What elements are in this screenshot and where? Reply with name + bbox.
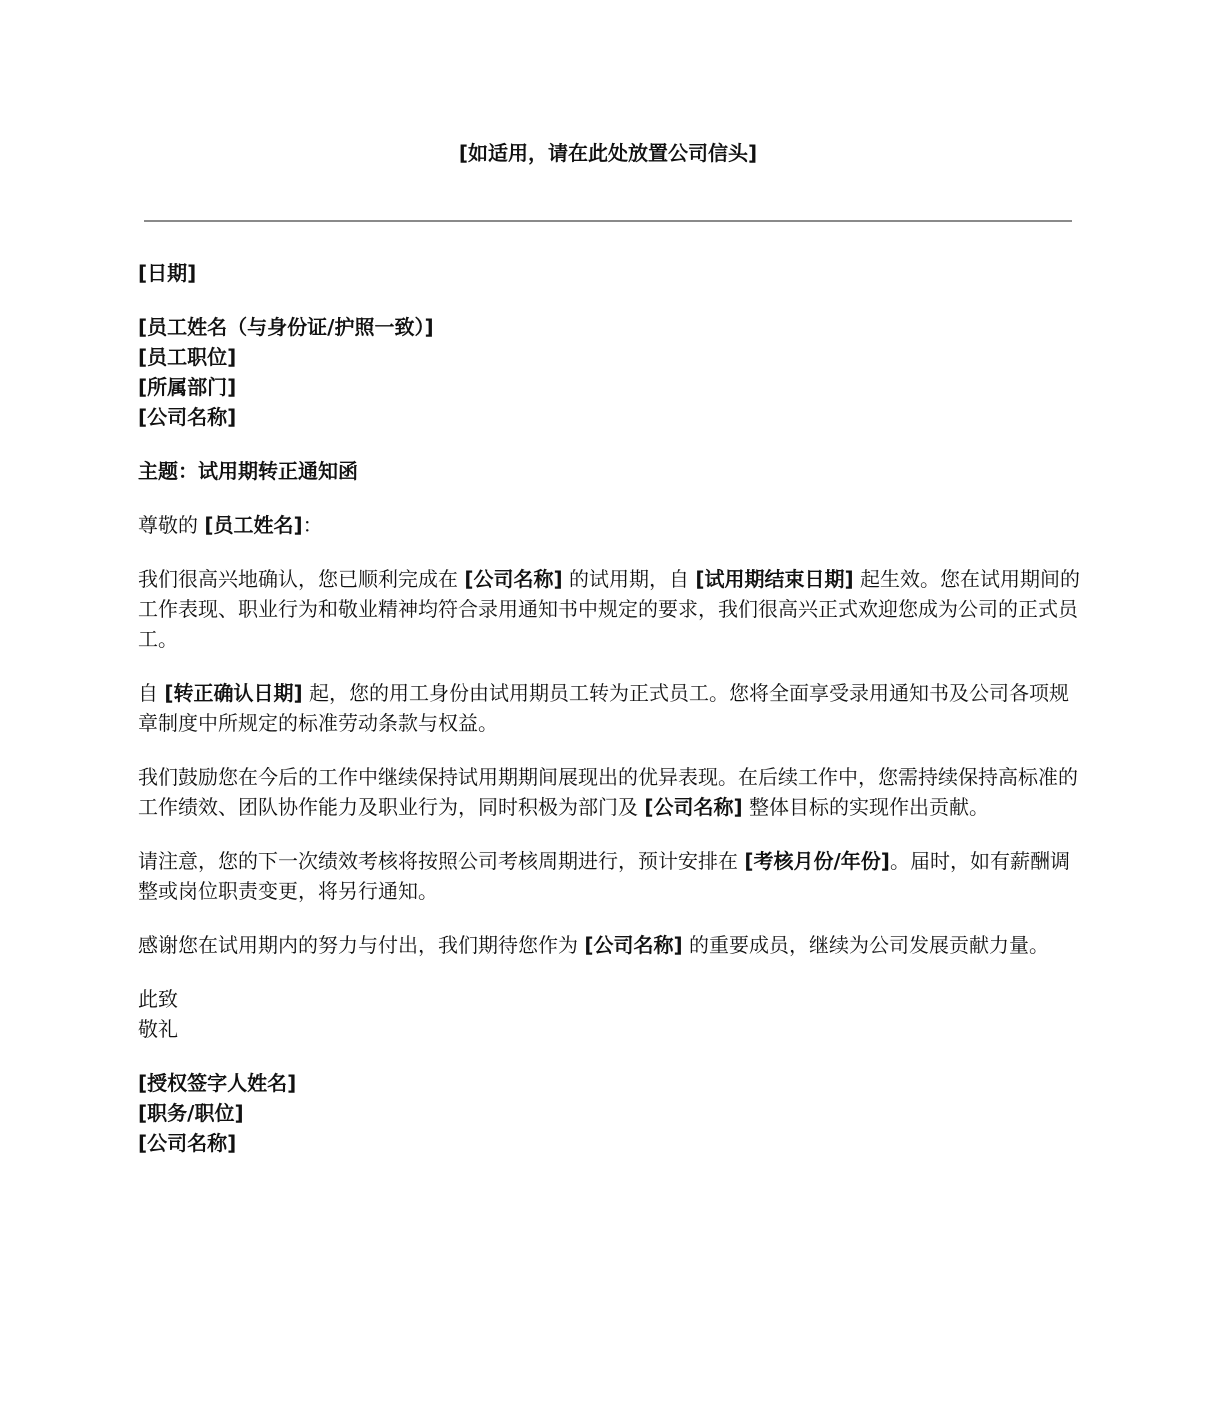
salutation-prefix: 尊敬的	[138, 513, 204, 537]
signatory-name: [授权签字人姓名]	[138, 1071, 296, 1095]
recipient-name: [员工姓名（与身份证/护照一致）]	[138, 315, 434, 339]
recipient-position: [员工职位]	[138, 345, 236, 369]
company-name-placeholder: [公司名称]	[644, 795, 742, 819]
text: 整体目标的实现作出贡献。	[743, 795, 989, 819]
date-placeholder: [日期]	[138, 258, 1083, 288]
letterhead-placeholder: [如适用，请在此处放置公司信头]	[0, 138, 1216, 168]
company-name-placeholder: [公司名称]	[584, 933, 682, 957]
text: 的试用期，自	[563, 567, 696, 591]
letter-body: [日期] [员工姓名（与身份证/护照一致）] [员工职位] [所属部门] [公司…	[138, 258, 1083, 1158]
recipient-block: [员工姓名（与身份证/护照一致）] [员工职位] [所属部门] [公司名称]	[138, 312, 1083, 432]
text: 请注意，您的下一次绩效考核将按照公司考核周期进行，预计安排在	[138, 849, 744, 873]
probation-end-date-placeholder: [试用期结束日期]	[695, 567, 853, 591]
salutation: 尊敬的 [员工姓名]：	[138, 510, 1083, 540]
closing: 此致 敬礼	[138, 984, 1083, 1044]
review-month-year-placeholder: [考核月份/年份]	[744, 849, 890, 873]
paragraph-encouragement: 我们鼓励您在今后的工作中继续保持试用期期间展现出的优异表现。在后续工作中，您需持…	[138, 762, 1083, 822]
signatory-title: [职务/职位]	[138, 1101, 244, 1125]
header-divider	[144, 220, 1072, 222]
paragraph-thanks: 感谢您在试用期内的努力与付出，我们期待您作为 [公司名称] 的重要成员，继续为公…	[138, 930, 1083, 960]
signatory-company: [公司名称]	[138, 1131, 236, 1155]
text: 自	[138, 681, 164, 705]
recipient-department: [所属部门]	[138, 375, 236, 399]
letter-page: [如适用，请在此处放置公司信头] [日期] [员工姓名（与身份证/护照一致）] …	[0, 0, 1216, 1428]
text: 我们很高兴地确认，您已顺利完成在	[138, 567, 464, 591]
confirmation-date-placeholder: [转正确认日期]	[164, 681, 302, 705]
company-name-placeholder: [公司名称]	[464, 567, 562, 591]
salutation-name: [员工姓名]	[204, 513, 302, 537]
recipient-company: [公司名称]	[138, 405, 236, 429]
paragraph-review: 请注意，您的下一次绩效考核将按照公司考核周期进行，预计安排在 [考核月份/年份]…	[138, 846, 1083, 906]
paragraph-confirmation: 我们很高兴地确认，您已顺利完成在 [公司名称] 的试用期，自 [试用期结束日期]…	[138, 564, 1083, 654]
text: 感谢您在试用期内的努力与付出，我们期待您作为	[138, 933, 584, 957]
subject-line: 主题：试用期转正通知函	[138, 456, 1083, 486]
paragraph-status-change: 自 [转正确认日期] 起，您的用工身份由试用期员工转为正式员工。您将全面享受录用…	[138, 678, 1083, 738]
closing-line-2: 敬礼	[138, 1017, 178, 1041]
salutation-suffix: ：	[303, 513, 323, 537]
text: 的重要成员，继续为公司发展贡献力量。	[683, 933, 1049, 957]
closing-line-1: 此致	[138, 987, 178, 1011]
signature-block: [授权签字人姓名] [职务/职位] [公司名称]	[138, 1068, 1083, 1158]
